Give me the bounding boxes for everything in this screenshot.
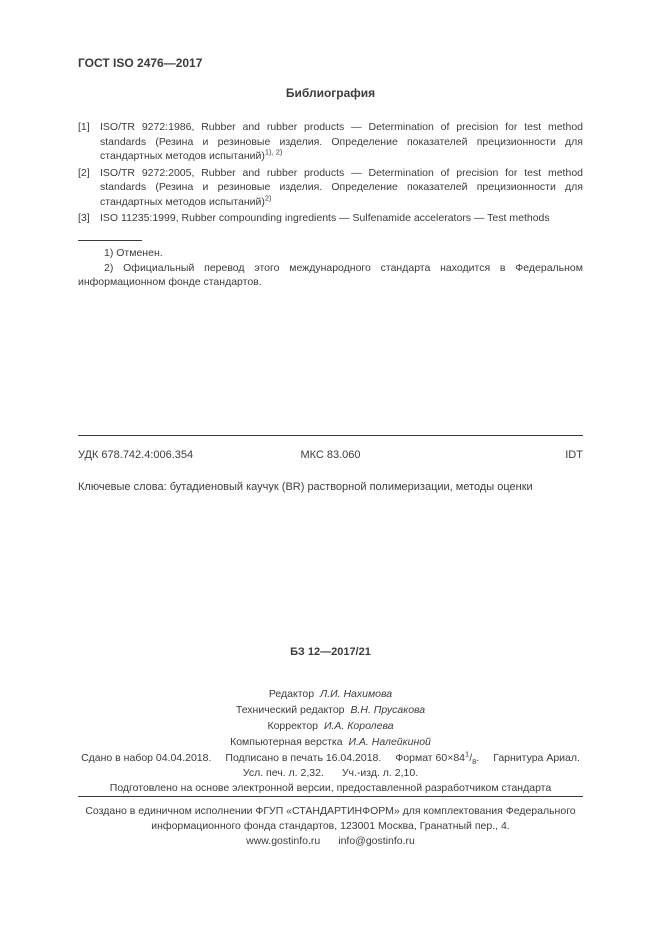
doc-number: ГОСТ ISO 2476—2017 <box>78 56 202 70</box>
imprint-line-3: Подготовлено на основе электронной верси… <box>78 781 583 796</box>
credit-role: Технический редактор <box>236 704 345 716</box>
conditional-sheets: Усл. печ. л. 2,32. <box>243 767 324 779</box>
document-page: ГОСТ ISO 2476—2017 Библиография [1]ISO/T… <box>0 0 661 935</box>
footnote-marker: 1) <box>104 247 113 259</box>
publisher-website: www.gostinfo.ru <box>246 835 320 847</box>
credit-role: Корректор <box>267 720 318 732</box>
print-date: Подписано в печать 16.04.2018. <box>225 752 381 764</box>
credit-name: В.Н. Прусакова <box>350 704 425 716</box>
credit-name: И.А. Налейкиной <box>348 736 430 748</box>
footnote-item: 2) Официальный перевод этого международн… <box>78 261 583 290</box>
bz-code: БЗ 12—2017/21 <box>78 646 583 658</box>
bibliography-entry-label: [1] <box>78 120 90 135</box>
bibliography-entry-label: [2] <box>78 166 90 181</box>
credit-role: Компьютерная верстка <box>230 736 342 748</box>
credit-line: Редактор Л.И. Нахимова <box>78 686 583 702</box>
set-date: Сдано в набор 04.04.2018. <box>81 752 211 764</box>
footnote-marker: 2) <box>104 262 113 274</box>
footnote-separator-rule <box>78 240 142 241</box>
publisher-contacts: www.gostinfo.ruinfo@gostinfo.ru <box>78 834 583 849</box>
publication-sheets: Уч.-изд. л. 2,10. <box>342 767 418 779</box>
bibliography-entry-text: ISO/TR 9272:1986, Rubber and rubber prod… <box>100 121 583 162</box>
bibliography-list: [1]ISO/TR 9272:1986, Rubber and rubber p… <box>78 120 583 228</box>
publisher-line-1: Создано в единичном исполнении ФГУП «СТА… <box>78 804 583 819</box>
format-value: Формат 60×841/8. <box>395 752 493 764</box>
horizontal-rule <box>78 435 583 436</box>
footnote-reference: 2) <box>265 193 272 202</box>
mks-code: МКС 83.060 <box>246 449 414 461</box>
typeface: Гарнитура Ариал. <box>493 752 580 764</box>
credit-role: Редактор <box>269 688 314 700</box>
credit-line: Технический редактор В.Н. Прусакова <box>78 702 583 718</box>
horizontal-rule <box>78 796 583 797</box>
idt-label: IDT <box>415 449 583 461</box>
footnote-reference: 1), 2) <box>265 148 283 157</box>
bibliography-entry: [2]ISO/TR 9272:2005, Rubber and rubber p… <box>78 166 583 210</box>
udk-code: УДК 678.742.4:006.354 <box>78 449 246 461</box>
imprint-block: Сдано в набор 04.04.2018.Подписано в печ… <box>78 751 583 796</box>
footnote-text: Отменен. <box>116 247 162 259</box>
footnote-block: 1) Отменен. 2) Официальный перевод этого… <box>78 240 583 290</box>
footnote-item: 1) Отменен. <box>78 246 583 261</box>
credit-line: Корректор И.А. Королева <box>78 718 583 734</box>
credit-line: Компьютерная верстка И.А. Налейкиной <box>78 734 583 750</box>
credit-name: Л.И. Нахимова <box>320 688 392 700</box>
credits-block: Редактор Л.И. Нахимова Технический редак… <box>78 686 583 750</box>
bibliography-entry: [1]ISO/TR 9272:1986, Rubber and rubber p… <box>78 120 583 164</box>
imprint-line-2: Усл. печ. л. 2,32.Уч.-изд. л. 2,10. <box>78 766 583 781</box>
bibliography-entry: [3]ISO 11235:1999, Rubber compounding in… <box>78 211 583 226</box>
credit-name: И.А. Королева <box>324 720 394 732</box>
classification-row: УДК 678.742.4:006.354 МКС 83.060 IDT <box>78 449 583 461</box>
bibliography-entry-text: ISO/TR 9272:2005, Rubber and rubber prod… <box>100 167 583 208</box>
keywords-line: Ключевые слова: бутадиеновый каучук (BR)… <box>78 481 583 493</box>
imprint-line-1: Сдано в набор 04.04.2018.Подписано в печ… <box>78 751 583 766</box>
section-title: Библиография <box>78 86 583 100</box>
publisher-block: Создано в единичном исполнении ФГУП «СТА… <box>78 804 583 849</box>
publisher-line-2: информационного фонда стандартов, 123001… <box>78 819 583 834</box>
footnote-text: Официальный перевод этого международного… <box>78 262 583 289</box>
publisher-email: info@gostinfo.ru <box>338 835 415 847</box>
bibliography-entry-label: [3] <box>78 211 90 226</box>
bibliography-entry-text: ISO 11235:1999, Rubber compounding ingre… <box>100 212 550 224</box>
